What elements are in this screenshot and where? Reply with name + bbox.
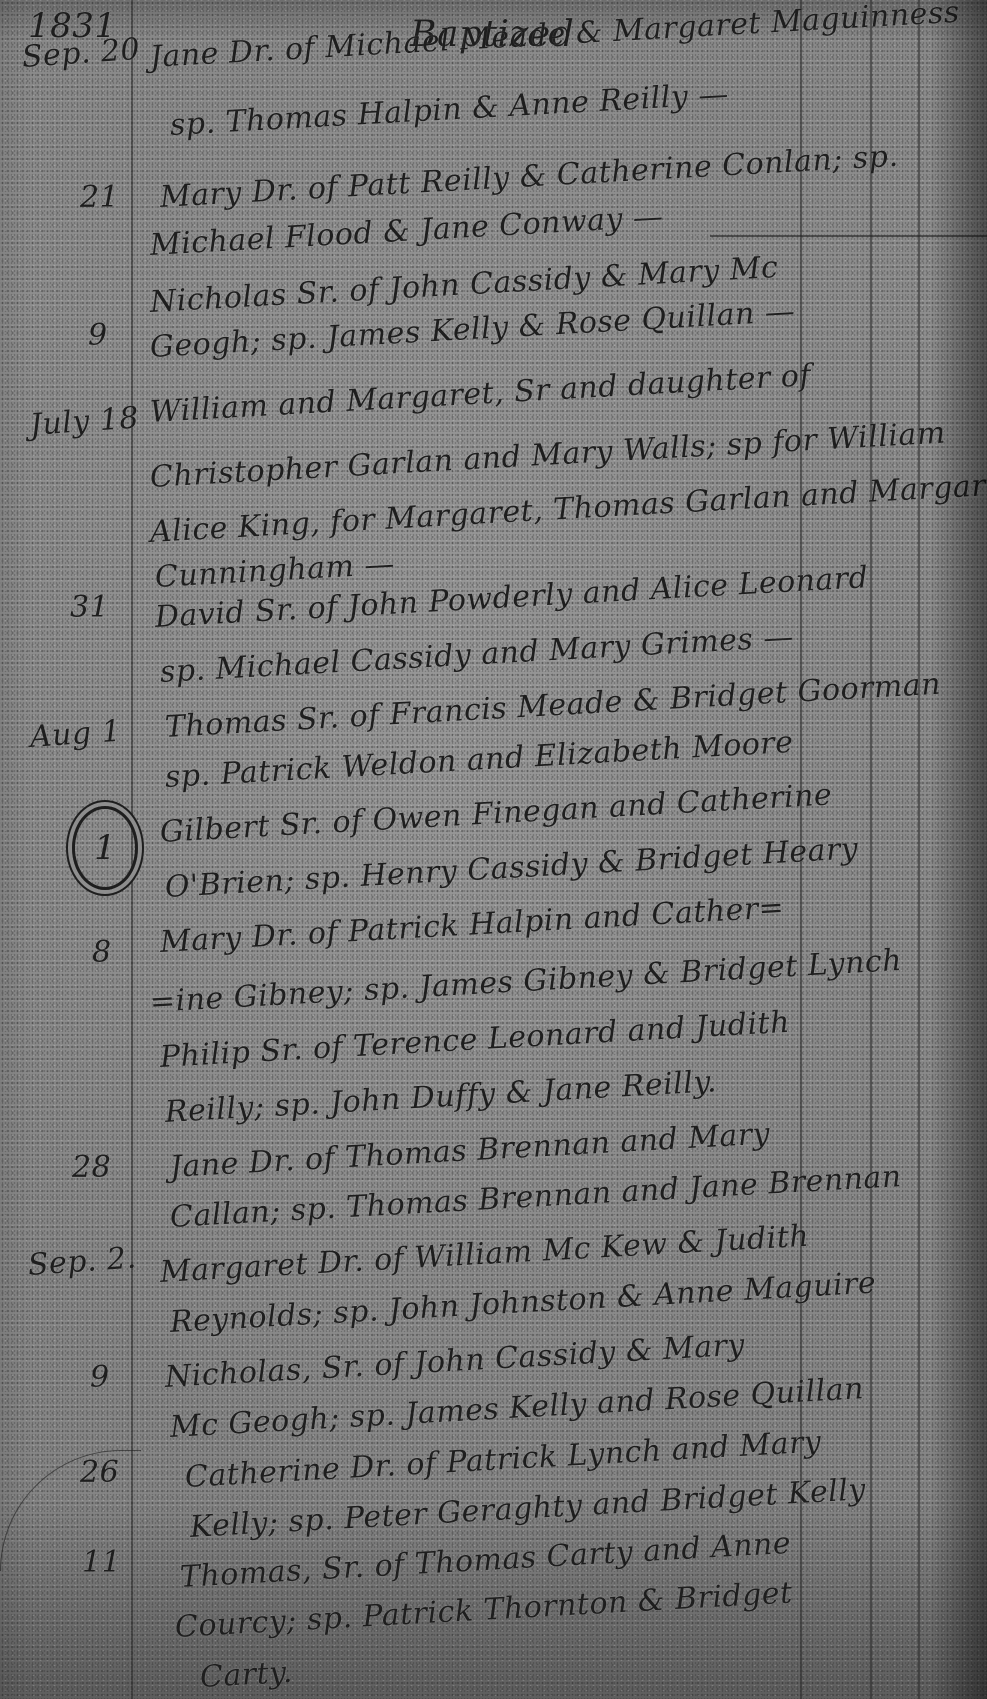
margin-pencil-arc <box>0 1450 141 1571</box>
entry-line: William and Margaret, Sr and daughter of <box>149 358 812 430</box>
circled-date-annotation: 1 <box>72 806 138 890</box>
register-page: 1831 Baptized Sep. 20 21 9 July 18 31 Au… <box>0 0 987 1699</box>
date-label: Aug 1 <box>29 714 123 755</box>
date-label: 21 <box>80 180 119 215</box>
entry-line: Reilly; sp. John Duffy & Jane Reilly. <box>164 1064 718 1130</box>
entry-line: Mary Dr. of Patrick Halpin and Cather= <box>159 890 785 960</box>
entry-line: =ine Gibney; sp. James Gibney & Bridget … <box>149 943 903 1020</box>
horizontal-stroke <box>710 235 987 237</box>
date-label: 28 <box>72 1150 111 1185</box>
entry-line: sp. Thomas Halpin & Anne Reilly — <box>169 77 730 143</box>
entry-line: Jane Dr. of Michael Meade & Margaret Mag… <box>149 0 961 75</box>
entry-line: Mary Dr. of Patt Reilly & Catherine Conl… <box>159 139 899 215</box>
date-label: Sep. 2. <box>27 1240 138 1282</box>
column-rule-3 <box>918 0 920 1699</box>
column-rule-2 <box>870 0 872 1699</box>
date-label: Sep. 20 <box>21 32 141 75</box>
date-label: 9 <box>90 1360 110 1395</box>
date-label: 8 <box>92 935 112 970</box>
date-label: 9 <box>88 318 108 353</box>
date-label: July 18 <box>29 400 140 443</box>
entry-line: Carty. <box>199 1655 294 1695</box>
circled-date: 1 <box>94 828 116 868</box>
date-label: 31 <box>70 590 109 625</box>
